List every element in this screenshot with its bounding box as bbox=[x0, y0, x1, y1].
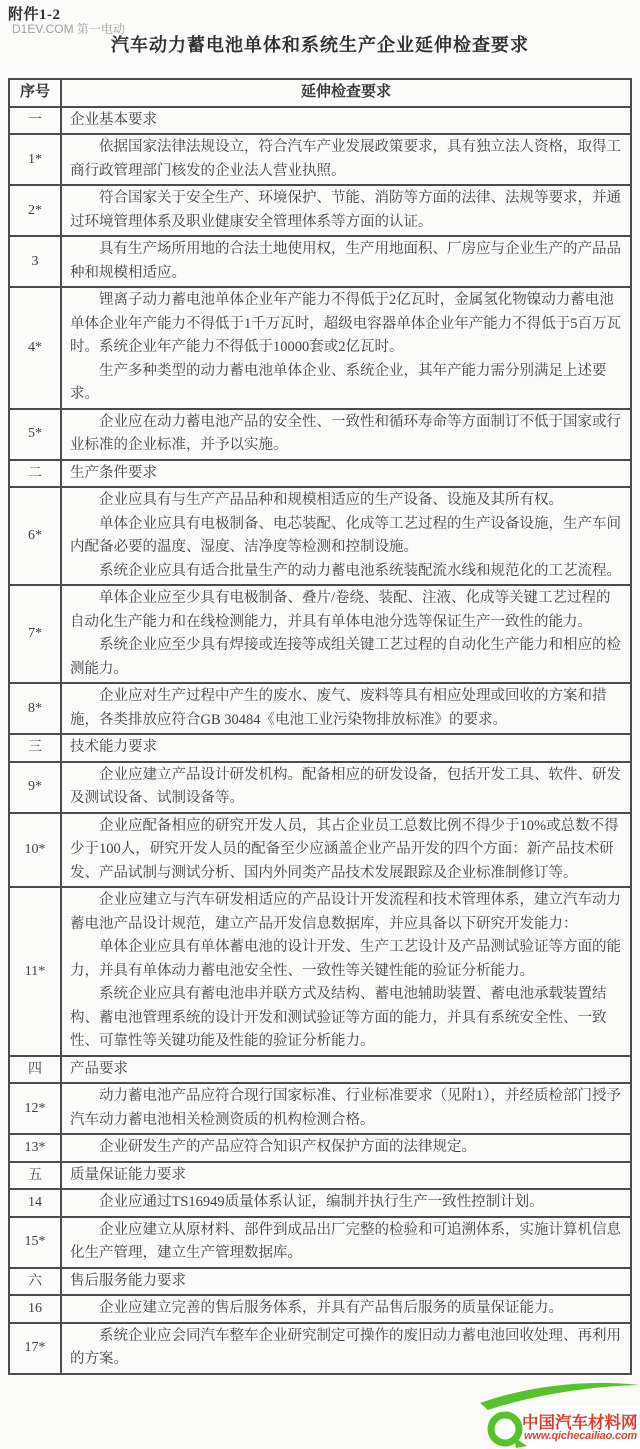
row-number: 7* bbox=[9, 585, 61, 683]
requirement-paragraph: 技术能力要求 bbox=[70, 736, 622, 760]
section-row: 五质量保证能力要求 bbox=[9, 1162, 631, 1190]
row-number: 四 bbox=[9, 1056, 61, 1084]
item-row: 4*锂离子动力蓄电池单体企业年产能力不得低于2亿瓦时，金属氢化物镍动力蓄电池单体… bbox=[9, 287, 631, 409]
row-number: 1* bbox=[9, 134, 61, 185]
logo-site-url: www.qichecailiao.com bbox=[524, 1430, 637, 1442]
item-row: 17*系统企业应会同汽车整车企业研究制定可操作的废旧动力蓄电池回收处理、再利用的… bbox=[9, 1323, 631, 1374]
item-row: 8*企业应对生产过程中产生的废水、废气、废料等具有相应处理或回收的方案和措施，各… bbox=[9, 683, 631, 734]
row-requirement: 企业应建立从原材料、部件到成品出厂完整的检验和可追溯体系，实施计算机信息化生产管… bbox=[61, 1217, 631, 1268]
row-number: 4* bbox=[9, 287, 61, 409]
requirement-paragraph: 企业应建立从原材料、部件到成品出厂完整的检验和可追溯体系，实施计算机信息化生产管… bbox=[70, 1219, 622, 1266]
row-requirement: 技术能力要求 bbox=[61, 734, 631, 762]
row-requirement: 企业应通过TS16949质量体系认证，编制并执行生产一致性控制计划。 bbox=[61, 1189, 631, 1217]
requirement-paragraph: 单体企业应具有单体蓄电池的设计开发、生产工艺设计及产品测试验证等方面的能力，并具… bbox=[70, 936, 622, 983]
requirement-paragraph: 企业应配备相应的研究开发人员，其占企业员工总数比例不得少于10%或总数不得少于1… bbox=[70, 815, 622, 886]
requirement-paragraph: 符合国家关于安全生产、环境保护、节能、消防等方面的法律、法规等要求，并通过环境管… bbox=[70, 187, 622, 234]
item-row: 9*企业应建立产品设计研发机构。配备相应的研发设备，包括开发工具、软件、研发及测… bbox=[9, 762, 631, 813]
row-number: 10* bbox=[9, 813, 61, 888]
item-row: 11*企业应建立与汽车研发相适应的产品设计开发流程和技术管理体系，建立汽车动力蓄… bbox=[9, 887, 631, 1056]
row-requirement: 企业应建立与汽车研发相适应的产品设计开发流程和技术管理体系，建立汽车动力蓄电池产… bbox=[61, 887, 631, 1056]
row-number: 8* bbox=[9, 683, 61, 734]
row-requirement: 企业应建立产品设计研发机构。配备相应的研发设备，包括开发工具、软件、研发及测试设… bbox=[61, 762, 631, 813]
row-requirement: 企业应具有与生产产品品种和规模相适应的生产设备、设施及其所有权。单体企业应具有电… bbox=[61, 487, 631, 585]
row-number: 五 bbox=[9, 1162, 61, 1190]
column-header-no: 序号 bbox=[9, 79, 61, 107]
row-requirement: 产品要求 bbox=[61, 1056, 631, 1084]
requirement-paragraph: 系统企业应至少具有焊接或连接等成组关键工艺过程的自动化生产能力和相应的检测能力。 bbox=[70, 634, 622, 681]
item-row: 7*单体企业应至少具有电极制备、叠片/卷绕、装配、注液、化成等关键工艺过程的自动… bbox=[9, 585, 631, 683]
item-row: 14企业应通过TS16949质量体系认证，编制并执行生产一致性控制计划。 bbox=[9, 1189, 631, 1217]
section-row: 四产品要求 bbox=[9, 1056, 631, 1084]
item-row: 10*企业应配备相应的研究开发人员，其占企业员工总数比例不得少于10%或总数不得… bbox=[9, 813, 631, 888]
requirements-table-body: 一企业基本要求1*依据国家法律法规设立，符合汽车产业发展政策要求，具有独立法人资… bbox=[9, 107, 631, 1374]
item-row: 1*依据国家法律法规设立，符合汽车产业发展政策要求，具有独立法人资格，取得工商行… bbox=[9, 134, 631, 185]
row-requirement: 依据国家法律法规设立，符合汽车产业发展政策要求，具有独立法人资格，取得工商行政管… bbox=[61, 134, 631, 185]
row-requirement: 生产条件要求 bbox=[61, 460, 631, 488]
row-number: 11* bbox=[9, 887, 61, 1056]
row-number: 二 bbox=[9, 460, 61, 488]
requirement-paragraph: 生产条件要求 bbox=[70, 462, 622, 486]
row-requirement: 单体企业应至少具有电极制备、叠片/卷绕、装配、注液、化成等关键工艺过程的自动化生… bbox=[61, 585, 631, 683]
section-row: 三技术能力要求 bbox=[9, 734, 631, 762]
row-number: 三 bbox=[9, 734, 61, 762]
requirement-paragraph: 企业应通过TS16949质量体系认证，编制并执行生产一致性控制计划。 bbox=[70, 1191, 622, 1215]
logo-swoosh-icon bbox=[480, 1383, 639, 1410]
item-row: 16企业应建立完善的售后服务体系，并具有产品售后服务的质量保证能力。 bbox=[9, 1295, 631, 1323]
row-requirement: 企业应配备相应的研究开发人员，其占企业员工总数比例不得少于10%或总数不得少于1… bbox=[61, 813, 631, 888]
requirement-paragraph: 企业应建立完善的售后服务体系，并具有产品售后服务的质量保证能力。 bbox=[70, 1297, 622, 1321]
row-requirement: 质量保证能力要求 bbox=[61, 1162, 631, 1190]
requirements-table: 序号 延伸检查要求 一企业基本要求1*依据国家法律法规设立，符合汽车产业发展政策… bbox=[8, 78, 632, 1375]
item-row: 5*企业应在动力蓄电池产品的安全性、一致性和循环寿命等方面制订不低于国家或行业标… bbox=[9, 409, 631, 460]
row-requirement: 售后服务能力要求 bbox=[61, 1268, 631, 1296]
requirement-paragraph: 企业应具有与生产产品品种和规模相适应的生产设备、设施及其所有权。 bbox=[70, 489, 622, 513]
item-row: 12*动力蓄电池产品应符合现行国家标准、行业标准要求（见附1），并经质检部门授予… bbox=[9, 1083, 631, 1134]
requirement-paragraph: 产品要求 bbox=[70, 1058, 622, 1082]
requirement-paragraph: 企业应对生产过程中产生的废水、废气、废料等具有相应处理或回收的方案和措施，各类排… bbox=[70, 685, 622, 732]
row-requirement: 符合国家关于安全生产、环境保护、节能、消防等方面的法律、法规等要求，并通过环境管… bbox=[61, 185, 631, 236]
requirement-paragraph: 企业应在动力蓄电池产品的安全性、一致性和循环寿命等方面制订不低于国家或行业标准的… bbox=[70, 411, 622, 458]
document-page: 附件1-2 D1EV.COM 第一电动 汽车动力蓄电池单体和系统生产企业延伸检查… bbox=[0, 0, 640, 1449]
row-requirement: 具有生产场所用地的合法土地使用权，生产用地面积、厂房应与企业生产的产品品种和规模… bbox=[61, 236, 631, 287]
row-requirement: 企业应在动力蓄电池产品的安全性、一致性和循环寿命等方面制订不低于国家或行业标准的… bbox=[61, 409, 631, 460]
requirement-paragraph: 具有生产场所用地的合法土地使用权，生产用地面积、厂房应与企业生产的产品品种和规模… bbox=[70, 238, 622, 285]
row-number: 3 bbox=[9, 236, 61, 287]
item-row: 15*企业应建立从原材料、部件到成品出厂完整的检验和可追溯体系，实施计算机信息化… bbox=[9, 1217, 631, 1268]
row-number: 一 bbox=[9, 107, 61, 135]
qichecailiao-logo: 中国汽车材料网 www.qichecailiao.com bbox=[478, 1379, 640, 1449]
row-number: 16 bbox=[9, 1295, 61, 1323]
header-row: 序号 延伸检查要求 bbox=[9, 79, 631, 107]
row-number: 9* bbox=[9, 762, 61, 813]
item-row: 6*企业应具有与生产产品品种和规模相适应的生产设备、设施及其所有权。单体企业应具… bbox=[9, 487, 631, 585]
requirement-paragraph: 质量保证能力要求 bbox=[70, 1164, 622, 1188]
requirement-paragraph: 企业应建立产品设计研发机构。配备相应的研发设备，包括开发工具、软件、研发及测试设… bbox=[70, 764, 622, 811]
requirement-paragraph: 售后服务能力要求 bbox=[70, 1270, 622, 1294]
requirement-paragraph: 系统企业应具有蓄电池串并联方式及结构、蓄电池辅助装置、蓄电池承载装置结构、蓄电池… bbox=[70, 983, 622, 1054]
requirement-paragraph: 锂离子动力蓄电池单体企业年产能力不得低于2亿瓦时，金属氢化物镍动力蓄电池单体企业… bbox=[70, 289, 622, 360]
row-requirement: 锂离子动力蓄电池单体企业年产能力不得低于2亿瓦时，金属氢化物镍动力蓄电池单体企业… bbox=[61, 287, 631, 409]
requirement-paragraph: 单体企业应具有电极制备、电芯装配、化成等工艺过程的生产设备设施，生产车间内配备必… bbox=[70, 513, 622, 560]
row-number: 14 bbox=[9, 1189, 61, 1217]
row-number: 17* bbox=[9, 1323, 61, 1374]
row-number: 六 bbox=[9, 1268, 61, 1296]
section-row: 一企业基本要求 bbox=[9, 107, 631, 135]
row-number: 15* bbox=[9, 1217, 61, 1268]
item-row: 2*符合国家关于安全生产、环境保护、节能、消防等方面的法律、法规等要求，并通过环… bbox=[9, 185, 631, 236]
requirement-paragraph: 单体企业应至少具有电极制备、叠片/卷绕、装配、注液、化成等关键工艺过程的自动化生… bbox=[70, 587, 622, 634]
item-row: 3具有生产场所用地的合法土地使用权，生产用地面积、厂房应与企业生产的产品品种和规… bbox=[9, 236, 631, 287]
section-row: 二生产条件要求 bbox=[9, 460, 631, 488]
requirement-paragraph: 企业应建立与汽车研发相适应的产品设计开发流程和技术管理体系，建立汽车动力蓄电池产… bbox=[70, 889, 622, 936]
row-requirement: 企业应对生产过程中产生的废水、废气、废料等具有相应处理或回收的方案和措施，各类排… bbox=[61, 683, 631, 734]
requirement-paragraph: 系统企业应具有适合批量生产的动力蓄电池系统装配流水线和规范化的工艺流程。 bbox=[70, 560, 622, 584]
item-row: 13*企业研发生产的产品应符合知识产权保护方面的法律规定。 bbox=[9, 1134, 631, 1162]
row-number: 5* bbox=[9, 409, 61, 460]
row-requirement: 企业研发生产的产品应符合知识产权保护方面的法律规定。 bbox=[61, 1134, 631, 1162]
row-requirement: 动力蓄电池产品应符合现行国家标准、行业标准要求（见附1），并经质检部门授予汽车动… bbox=[61, 1083, 631, 1134]
row-number: 12* bbox=[9, 1083, 61, 1134]
section-row: 六售后服务能力要求 bbox=[9, 1268, 631, 1296]
row-requirement: 企业基本要求 bbox=[61, 107, 631, 135]
requirement-paragraph: 企业基本要求 bbox=[70, 109, 622, 133]
requirement-paragraph: 系统企业应会同汽车整车企业研究制定可操作的废旧动力蓄电池回收处理、再利用的方案。 bbox=[70, 1325, 622, 1372]
page-title: 汽车动力蓄电池单体和系统生产企业延伸检查要求 bbox=[0, 31, 640, 57]
row-number: 6* bbox=[9, 487, 61, 585]
row-number: 2* bbox=[9, 185, 61, 236]
row-requirement: 系统企业应会同汽车整车企业研究制定可操作的废旧动力蓄电池回收处理、再利用的方案。 bbox=[61, 1323, 631, 1374]
row-requirement: 企业应建立完善的售后服务体系，并具有产品售后服务的质量保证能力。 bbox=[61, 1295, 631, 1323]
requirement-paragraph: 依据国家法律法规设立，符合汽车产业发展政策要求，具有独立法人资格，取得工商行政管… bbox=[70, 136, 622, 183]
requirement-paragraph: 动力蓄电池产品应符合现行国家标准、行业标准要求（见附1），并经质检部门授予汽车动… bbox=[70, 1085, 622, 1132]
row-number: 13* bbox=[9, 1134, 61, 1162]
column-header-requirement: 延伸检查要求 bbox=[61, 79, 631, 107]
requirement-paragraph: 生产多种类型的动力蓄电池单体企业、系统企业，其年产能力需分别满足上述要求。 bbox=[70, 360, 622, 407]
requirement-paragraph: 企业研发生产的产品应符合知识产权保护方面的法律规定。 bbox=[70, 1136, 622, 1160]
